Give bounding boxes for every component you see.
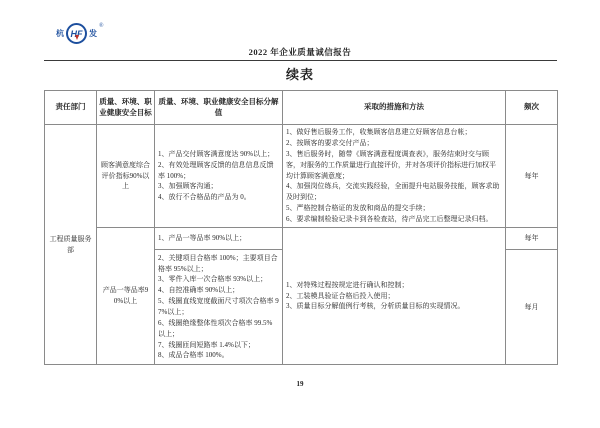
frequency-cell-row1: 每年 [506, 125, 558, 228]
column-header-measures: 采取的措施和方法 [283, 91, 506, 125]
table-title: 续表 [0, 64, 600, 83]
document-page: 杭 HF 发 ® 2022 年企业质量诚信报告 续表 责任部门 质量、环境、职业… [0, 0, 600, 428]
table-row: 产品一等品率90%以上 1、产品一等品率 90%以上； 1、对特殊过程按规定进行… [45, 228, 558, 250]
measures-cell-row1: 1、做好售后服务工作，收集顾客信息建立好顾客信息台帐； 2、按顾客的要求交付产品… [283, 125, 506, 228]
header-divider [44, 60, 557, 61]
column-header-department: 责任部门 [45, 91, 97, 125]
column-header-frequency: 频次 [506, 91, 558, 125]
measures-cell-row2: 1、对特殊过程按规定进行确认和控制； 2、工装模具验证合格后投入使用； 3、质量… [283, 228, 506, 365]
hf-logo-icon: HF [66, 23, 87, 44]
page-number: 19 [0, 380, 600, 388]
column-header-goal: 质量、环境、职业健康安全目标 [97, 91, 155, 125]
frequency-cell-row2b: 每月 [506, 250, 558, 365]
quality-goals-table: 责任部门 质量、环境、职业健康安全目标 质量、环境、职业健康安全目标分解值 采取… [44, 90, 558, 365]
goal-cell-customer-satisfaction: 顾客满意度综合评价指标90%以上 [97, 125, 155, 228]
breakdown-cell-row2a: 1、产品一等品率 90%以上； [155, 228, 283, 250]
breakdown-cell-row1: 1、产品交付顾客满意度达 90%以上； 2、有效处理顾客反馈的信息信息反馈率 1… [155, 125, 283, 228]
table-header-row: 责任部门 质量、环境、职业健康安全目标 质量、环境、职业健康安全目标分解值 采取… [45, 91, 558, 125]
breakdown-cell-row2b: 2、关键项目合格率 100%；主要项目合格率 95%以上； 3、零件入库一次合格… [155, 250, 283, 365]
logo-left-character: 杭 [56, 28, 64, 39]
report-header-title: 2022 年企业质量诚信报告 [0, 46, 600, 58]
goal-cell-first-grade-rate: 产品一等品率90%以上 [97, 228, 155, 365]
logo-right-character: 发 [89, 28, 97, 39]
department-cell: 工程质量服务部 [45, 125, 97, 365]
table-row: 工程质量服务部 顾客满意度综合评价指标90%以上 1、产品交付顾客满意度达 90… [45, 125, 558, 228]
registered-trademark-icon: ® [99, 23, 104, 29]
frequency-cell-row2a: 每年 [506, 228, 558, 250]
column-header-goal-breakdown: 质量、环境、职业健康安全目标分解值 [155, 91, 283, 125]
company-logo: 杭 HF 发 ® [56, 23, 104, 44]
